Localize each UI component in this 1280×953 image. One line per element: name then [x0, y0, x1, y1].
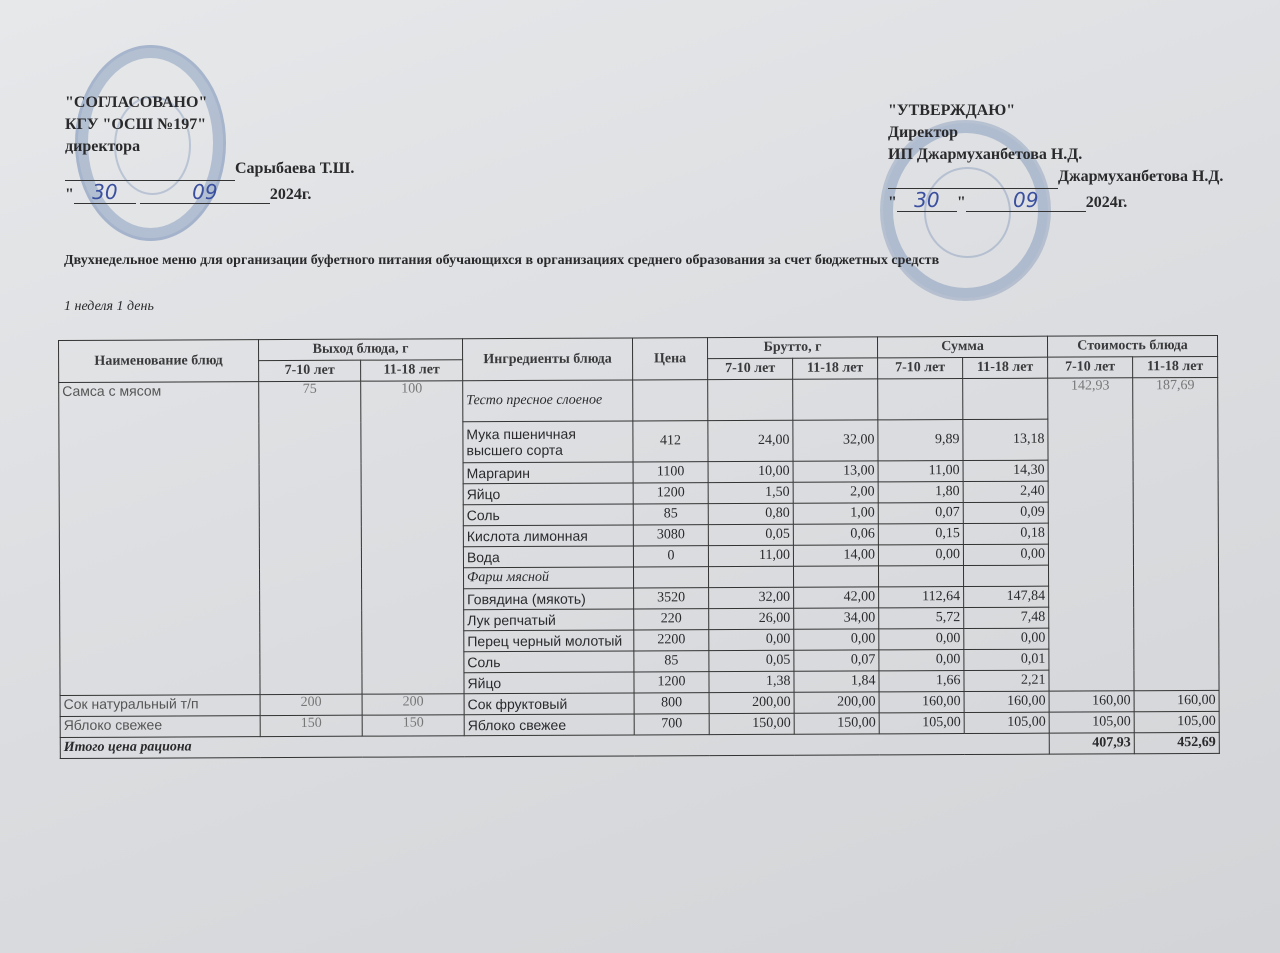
brutto-7-10: 10,00 [708, 461, 793, 482]
cost-11-18: 160,00 [1134, 690, 1219, 711]
brutto-7-10: 0,05 [709, 650, 794, 671]
total-label: Итого цена рациона [60, 733, 1049, 758]
menu-table: Наименование блюд Выход блюда, г Ингреди… [58, 335, 1220, 759]
brutto-11-18: 0,06 [793, 524, 878, 545]
yield-7-10: 150 [260, 715, 362, 736]
ingredient-name: Сок фруктовый [464, 693, 634, 715]
yield-11-18: 150 [362, 715, 464, 736]
brutto-11-18: 0,00 [794, 629, 879, 650]
brutto-11-18: 1,84 [794, 671, 879, 692]
sum-11-18: 0,18 [963, 523, 1048, 544]
header-dish: Наименование блюд [59, 340, 259, 383]
yield-11-18: 100 [361, 381, 464, 694]
yield-7-10: 75 [259, 381, 362, 694]
cost-11-18: 105,00 [1134, 711, 1219, 732]
ingredient-price: 700 [634, 714, 709, 735]
sum-11-18: 0,00 [964, 628, 1049, 649]
date-year: 2024г. [1086, 194, 1127, 211]
brutto-7-10 [708, 379, 793, 420]
document-title: Двухнедельное меню для организации буфет… [64, 253, 939, 269]
ingredient-name: Соль [464, 651, 634, 673]
approval-org: ИП Джармуханбетова Н.Д. [888, 144, 1223, 166]
ingredient-name: Маргарин [463, 462, 633, 484]
total-row: Итого цена рациона407,93452,69 [60, 732, 1219, 758]
approval-role: Директор [888, 122, 1223, 144]
brutto-7-10: 200,00 [709, 692, 794, 713]
sum-7-10: 0,07 [878, 503, 963, 524]
header-yield: Выход блюда, г [259, 339, 463, 361]
ingredient-price: 1200 [633, 483, 708, 504]
sum-7-10 [878, 566, 963, 587]
sum-7-10: 1,66 [879, 671, 964, 692]
brutto-7-10: 1,50 [708, 482, 793, 503]
header-sum: Сумма [877, 336, 1047, 358]
header-age: 11-18 лет [1133, 356, 1218, 377]
approval-signer: Сарыбаева Т.Ш. [235, 160, 354, 177]
sum-11-18: 0,01 [964, 649, 1049, 670]
signature-line [65, 158, 235, 181]
dish-name: Сок натуральный т/п [60, 695, 260, 717]
ingredient-name: Лук репчатый [464, 609, 634, 631]
sum-7-10: 0,00 [878, 545, 963, 566]
table-row: Самса с мясом75100Тесто пресное слоеное1… [59, 377, 1218, 423]
date-day: 30 [897, 189, 957, 212]
ingredient-price: 1200 [634, 672, 709, 693]
sum-7-10: 1,80 [878, 482, 963, 503]
header-age: 11-18 лет [963, 357, 1048, 378]
header-cost: Стоимость блюда [1047, 335, 1217, 357]
brutto-11-18: 34,00 [794, 608, 879, 629]
sum-11-18: 160,00 [964, 691, 1049, 712]
ingredient-price: 800 [634, 693, 709, 714]
sum-11-18 [963, 378, 1048, 419]
cost-7-10: 160,00 [1049, 691, 1134, 712]
total-cost-11-18: 452,69 [1134, 732, 1219, 753]
approval-role: директора [65, 136, 354, 158]
sum-11-18 [963, 565, 1048, 586]
header-price: Цена [632, 338, 707, 380]
header-age: 11-18 лет [361, 360, 463, 381]
ingredient-name: Перец черный молотый [464, 630, 634, 652]
ingredient-price: 85 [634, 651, 709, 672]
signature-line [888, 166, 1058, 189]
header-age: 7-10 лет [878, 358, 963, 379]
brutto-7-10: 1,38 [709, 671, 794, 692]
brutto-7-10: 32,00 [709, 587, 794, 608]
header-age: 7-10 лет [259, 360, 361, 381]
ingredient-name: Мука пшеничная высшего сорта [463, 421, 633, 463]
yield-11-18: 200 [362, 694, 464, 715]
sum-11-18: 147,84 [964, 586, 1049, 607]
header-age: 7-10 лет [708, 358, 793, 379]
dish-name: Яблоко свежее [60, 716, 260, 738]
sum-11-18: 2,21 [964, 670, 1049, 691]
ingredient-price: 412 [633, 421, 708, 462]
brutto-11-18: 200,00 [794, 692, 879, 713]
sum-7-10: 112,64 [879, 587, 964, 608]
brutto-7-10: 150,00 [709, 713, 794, 734]
brutto-7-10: 11,00 [708, 545, 793, 566]
sum-7-10: 105,00 [879, 713, 964, 734]
brutto-11-18 [793, 566, 878, 587]
sum-11-18: 13,18 [963, 419, 1048, 460]
sum-7-10 [878, 379, 963, 420]
brutto-7-10: 0,05 [708, 524, 793, 545]
ingredient-price [633, 567, 708, 588]
ingredient-section: Фарш мясной [463, 567, 633, 589]
sum-7-10: 0,00 [879, 650, 964, 671]
date-month: 09 [966, 189, 1086, 212]
sum-7-10: 9,89 [878, 420, 963, 461]
week-day-label: 1 неделя 1 день [64, 299, 154, 315]
ingredient-name: Кислота лимонная [463, 525, 633, 547]
ingredient-name: Соль [463, 504, 633, 526]
total-cost-7-10: 407,93 [1049, 733, 1134, 754]
header-ingredients: Ингредиенты блюда [462, 338, 632, 381]
approval-org: КГУ "ОСШ №197" [65, 114, 354, 136]
yield-7-10: 200 [260, 694, 362, 715]
ingredient-name: Вода [463, 546, 633, 568]
date-year: 2024г. [270, 186, 311, 203]
sum-11-18: 0,09 [963, 502, 1048, 523]
sum-7-10: 0,15 [878, 524, 963, 545]
sum-11-18: 0,00 [963, 544, 1048, 565]
sum-7-10: 160,00 [879, 692, 964, 713]
brutto-7-10: 26,00 [709, 608, 794, 629]
brutto-11-18: 1,00 [793, 503, 878, 524]
date-day: 30 [74, 181, 136, 204]
date-month: 09 [140, 181, 270, 204]
ingredient-price: 85 [633, 504, 708, 525]
cost-7-10: 105,00 [1049, 712, 1134, 733]
ingredient-price: 2200 [634, 630, 709, 651]
ingredient-price: 1100 [633, 462, 708, 483]
sum-11-18: 105,00 [964, 712, 1049, 733]
dish-name: Самса с мясом [59, 382, 260, 696]
brutto-11-18: 0,07 [794, 650, 879, 671]
header-age: 7-10 лет [1048, 357, 1133, 378]
sum-7-10: 11,00 [878, 461, 963, 482]
approval-heading: "СОГЛАСОВАНО" [65, 92, 354, 114]
ingredient-name: Говядина (мякоть) [464, 588, 634, 610]
approval-heading: "УТВЕРЖДАЮ" [888, 100, 1223, 122]
sum-11-18: 14,30 [963, 460, 1048, 481]
brutto-11-18: 32,00 [793, 420, 878, 461]
brutto-11-18: 2,00 [793, 482, 878, 503]
brutto-11-18 [793, 379, 878, 420]
brutto-11-18: 14,00 [793, 545, 878, 566]
cost-7-10: 142,93 [1048, 378, 1134, 691]
sum-11-18: 2,40 [963, 481, 1048, 502]
sum-7-10: 0,00 [879, 629, 964, 650]
header-brutto: Брутто, г [707, 337, 877, 359]
brutto-11-18: 13,00 [793, 461, 878, 482]
brutto-11-18: 42,00 [794, 587, 879, 608]
sum-11-18: 7,48 [964, 607, 1049, 628]
ingredient-price [633, 380, 708, 421]
ingredient-name: Яблоко свежее [464, 714, 634, 736]
brutto-11-18: 150,00 [794, 713, 879, 734]
ingredient-name: Яйцо [464, 672, 634, 694]
ingredient-price: 0 [633, 546, 708, 567]
ingredient-price: 3520 [634, 588, 709, 609]
brutto-7-10: 0,00 [709, 629, 794, 650]
header-age: 11-18 лет [793, 358, 878, 379]
ingredient-price: 3080 [633, 525, 708, 546]
sum-7-10: 5,72 [879, 608, 964, 629]
approval-signer: Джармуханбетова Н.Д. [1058, 168, 1223, 185]
cost-11-18: 187,69 [1133, 377, 1219, 690]
approval-block-left: "СОГЛАСОВАНО" КГУ "ОСШ №197" директора С… [65, 92, 354, 206]
ingredient-name: Яйцо [463, 483, 633, 505]
brutto-7-10: 24,00 [708, 420, 793, 461]
approval-block-right: "УТВЕРЖДАЮ" Директор ИП Джармуханбетова … [888, 100, 1223, 214]
ingredient-price: 220 [634, 609, 709, 630]
brutto-7-10: 0,80 [708, 503, 793, 524]
brutto-7-10 [708, 566, 793, 587]
ingredient-section: Тесто пресное слоеное [463, 380, 633, 422]
